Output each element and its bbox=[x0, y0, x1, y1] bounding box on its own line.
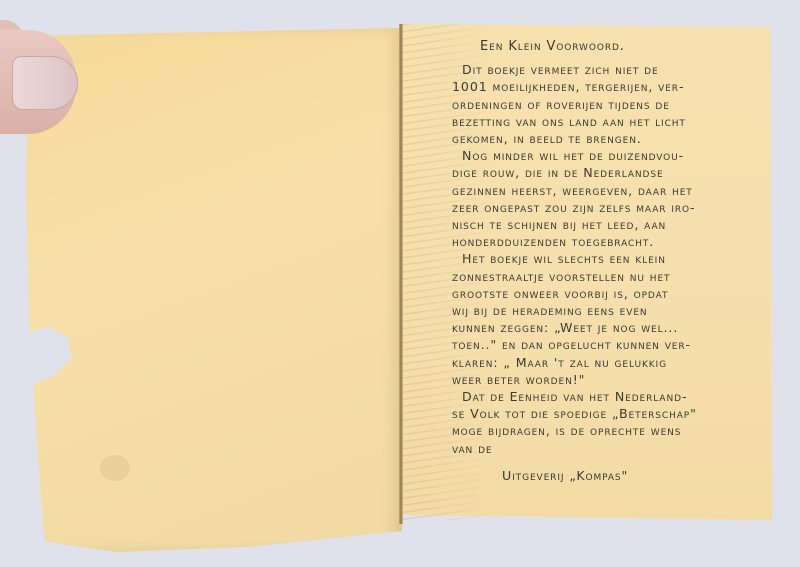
text-line: Het boekje wil slechts een klein bbox=[452, 250, 782, 267]
text-line: nisch te schijnen bij het leed, aan bbox=[452, 216, 782, 233]
text-line: 1001 moeilijkheden, tergerijen, ver- bbox=[452, 78, 782, 95]
text-line: gekomen, in beeld te brengen. bbox=[452, 130, 782, 147]
text-line: ordeningen of roverijen tijdens de bbox=[452, 96, 782, 113]
text-line: grootste onweer voorbij is, opdat bbox=[452, 285, 782, 302]
stain bbox=[100, 455, 130, 481]
thumbnail bbox=[12, 56, 78, 110]
text-line: se Volk tot die spoedige „Beterschap" bbox=[452, 405, 782, 422]
text-line: zonnestraaltje voorstellen nu het bbox=[452, 268, 782, 285]
text-line: wij bij de herademing eens even bbox=[452, 302, 782, 319]
text-line: gezinnen heerst, weergeven, daar het bbox=[452, 182, 782, 199]
text-line: Dit boekje vermeet zich niet de bbox=[452, 61, 782, 78]
text-line: moge bijdragen, is de oprechte wens bbox=[452, 422, 782, 439]
text-line: van de bbox=[452, 440, 782, 457]
text-line: bezetting van ons land aan het licht bbox=[452, 113, 782, 130]
text-line: klaren: „ Maar 't zal nu gelukkig bbox=[452, 354, 782, 371]
text-line: toen.." en dan opgelucht kunnen ver- bbox=[452, 336, 782, 353]
publisher-signature: Uitgeverij „Kompas" bbox=[452, 467, 782, 484]
text-line: zeer ongepast zou zijn zelfs maar iro- bbox=[452, 199, 782, 216]
foreword-text: Een Klein Voorwoord. Dit boekje vermeet … bbox=[452, 38, 782, 484]
text-line: kunnen zeggen: „Weet je nog wel... bbox=[452, 319, 782, 336]
text-line: weer beter worden!" bbox=[452, 371, 782, 388]
left-page bbox=[22, 28, 402, 552]
text-line: honderdduizenden toegebracht. bbox=[452, 233, 782, 250]
book-spine bbox=[399, 24, 403, 524]
text-line: Nog minder wil het de duizendvou- bbox=[452, 147, 782, 164]
text-line: Dat de Eenheid van het Nederland- bbox=[452, 388, 782, 405]
photo-scene: Een Klein Voorwoord. Dit boekje vermeet … bbox=[0, 0, 800, 567]
page-title: Een Klein Voorwoord. bbox=[452, 38, 782, 55]
text-line: dige rouw, die in de Nederlandse bbox=[452, 164, 782, 181]
